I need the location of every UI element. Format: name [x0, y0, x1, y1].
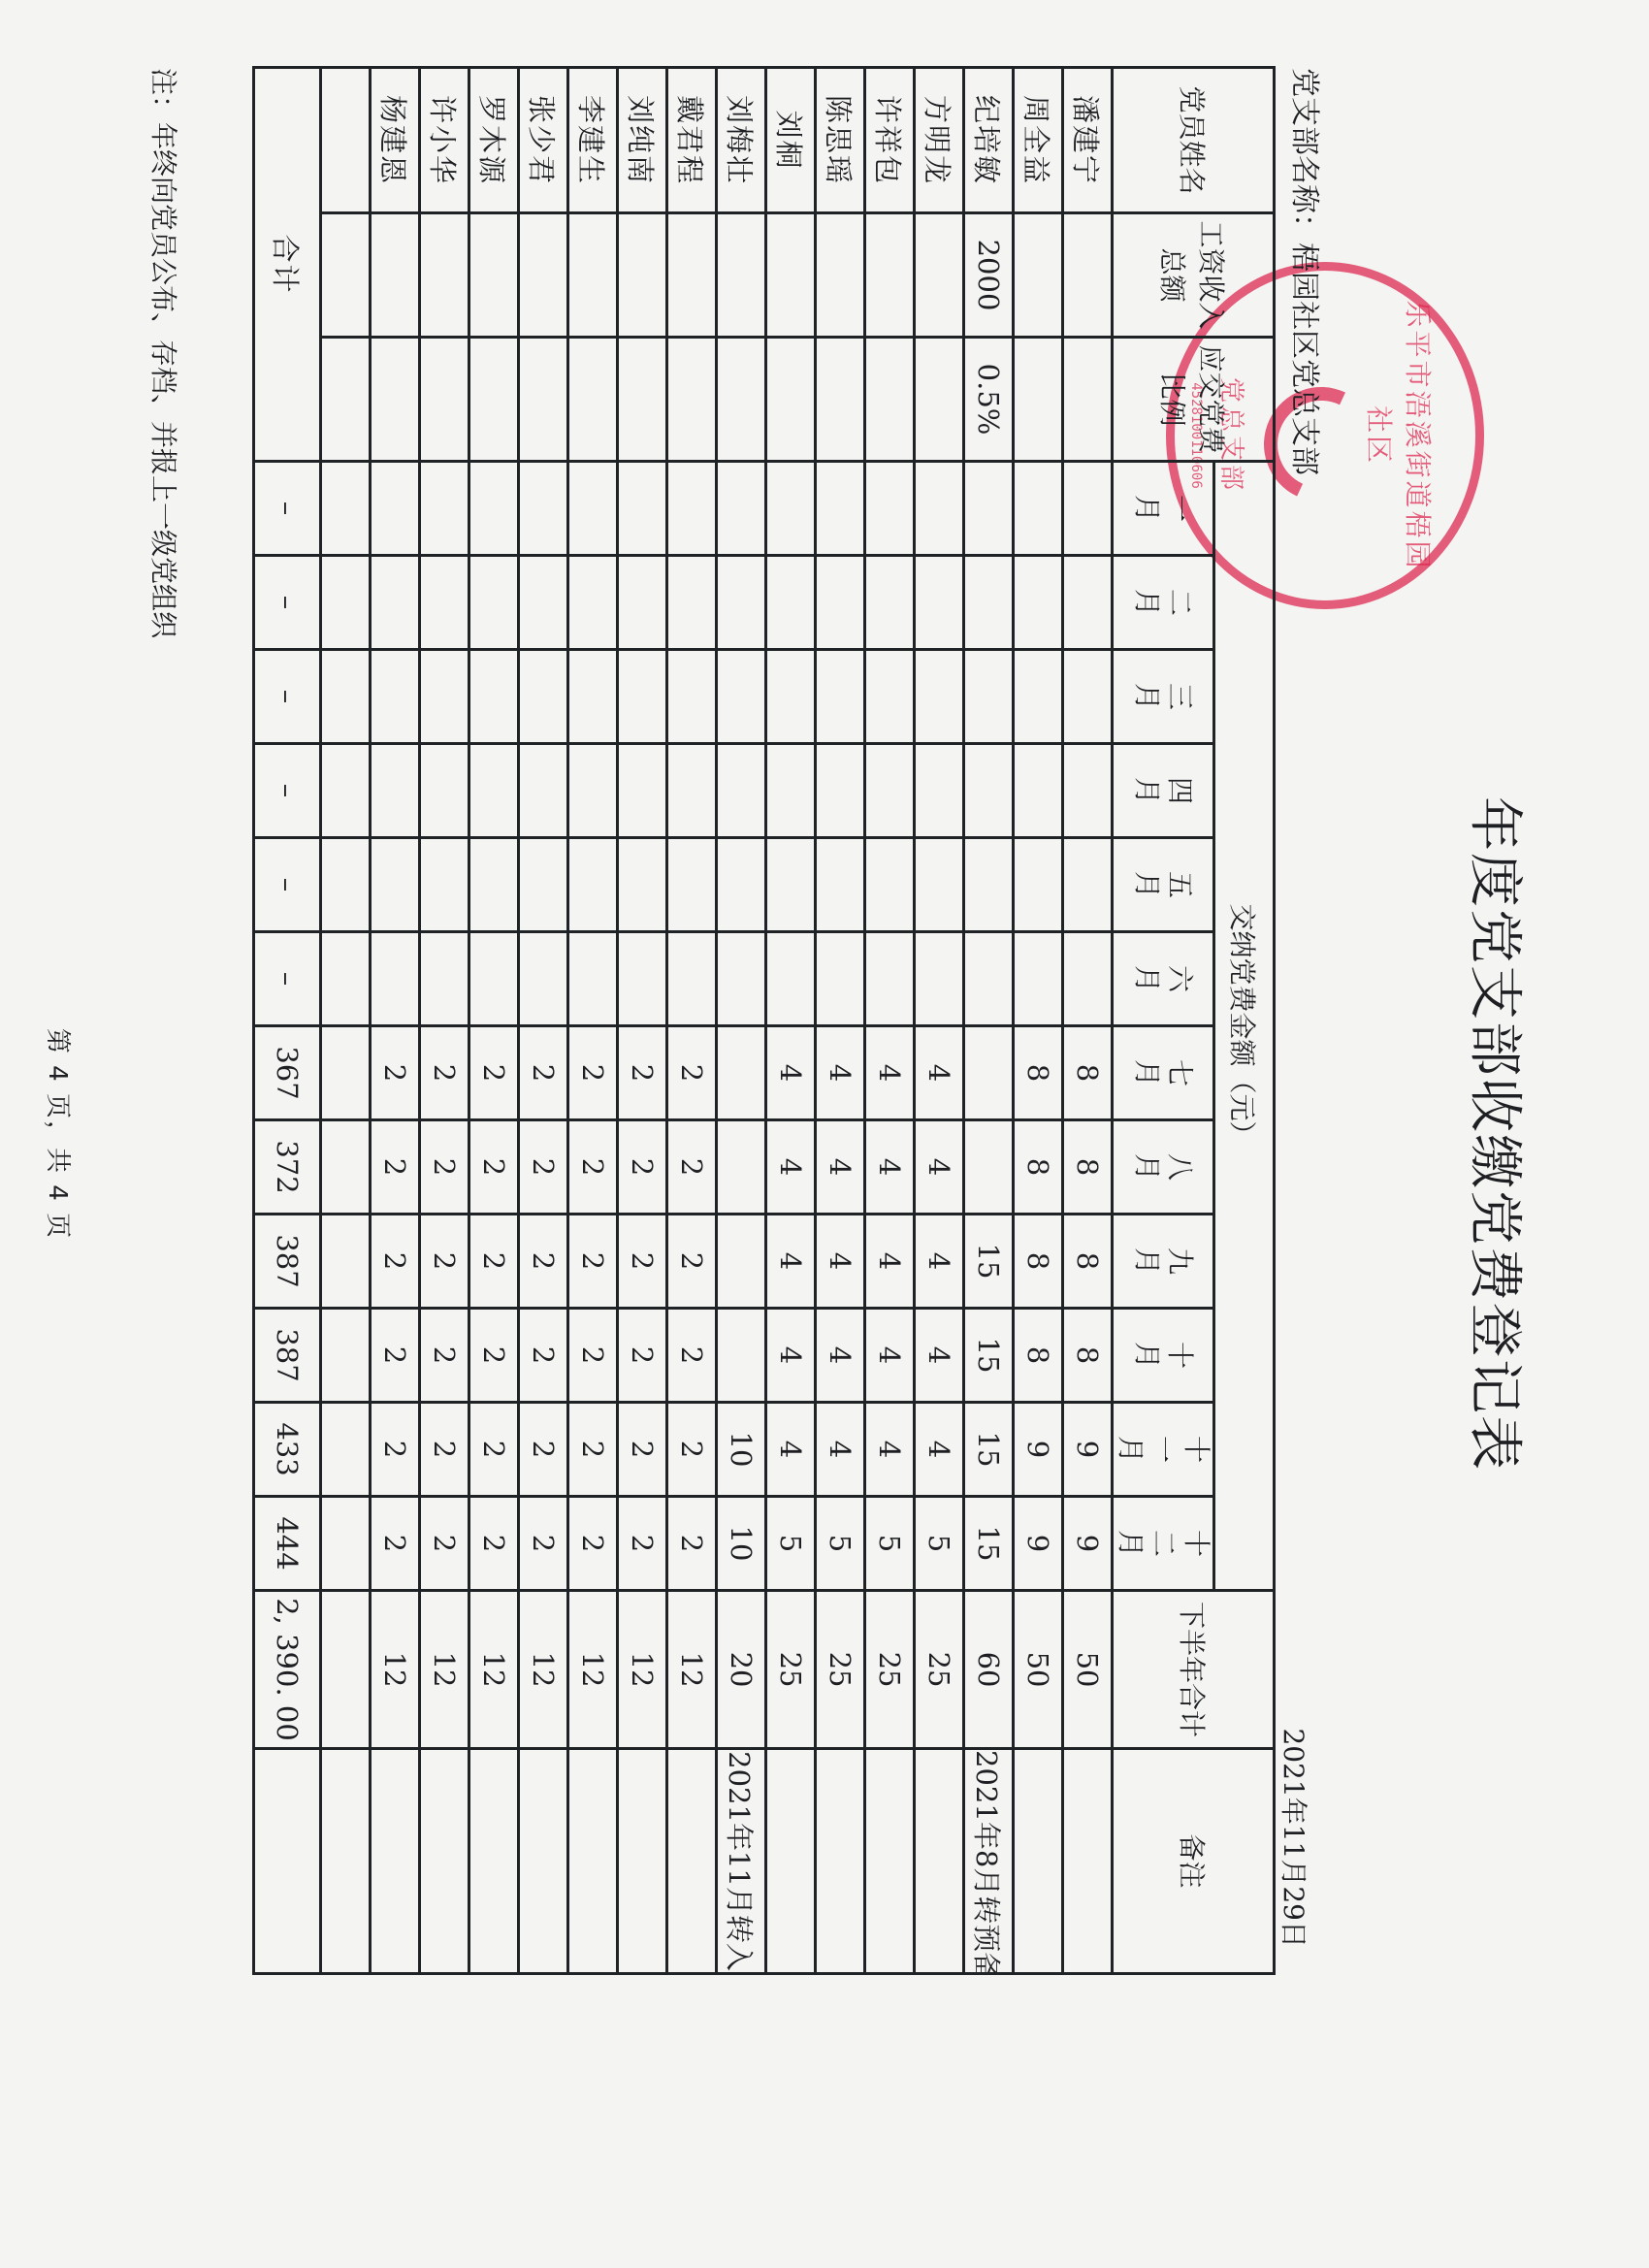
month-amount-cell	[964, 462, 1014, 556]
month-amount-cell: 4	[766, 1120, 816, 1215]
month-amount-cell	[618, 650, 667, 744]
month-amount-cell	[618, 462, 667, 556]
income-cell	[717, 213, 766, 338]
month-amount-cell	[915, 462, 964, 556]
h2-total-cell: 12	[618, 1591, 667, 1749]
month-amount-cell	[1063, 650, 1113, 744]
month-amount-cell	[667, 932, 717, 1026]
month-amount-cell	[321, 1497, 371, 1591]
table-row: 周全益88889950	[1014, 68, 1063, 1974]
month-amount-cell: 4	[816, 1403, 865, 1497]
month-amount-cell	[766, 556, 816, 650]
month-amount-cell: 2	[371, 1026, 420, 1120]
month-amount-cell	[717, 744, 766, 838]
month-amount-cell	[915, 650, 964, 744]
month-amount-cell	[469, 462, 519, 556]
month-amount-cell	[717, 462, 766, 556]
month-amount-cell	[667, 462, 717, 556]
member-name: 许祥包	[865, 68, 915, 213]
month-amount-cell	[1063, 838, 1113, 932]
total-month-cell: 387	[254, 1215, 321, 1309]
month-amount-cell	[667, 650, 717, 744]
header-month-2: 二月	[1113, 556, 1214, 650]
remark-cell	[519, 1749, 568, 1974]
month-amount-cell: 2	[371, 1403, 420, 1497]
h2-total-cell: 12	[568, 1591, 618, 1749]
h2-total-cell: 12	[667, 1591, 717, 1749]
ratio-cell	[1014, 338, 1063, 462]
month-amount-cell	[964, 932, 1014, 1026]
header-month-1: 一月	[1113, 462, 1214, 556]
month-amount-cell: 4	[915, 1120, 964, 1215]
month-amount-cell: 2	[469, 1403, 519, 1497]
ratio-cell	[865, 338, 915, 462]
remark-cell	[420, 1749, 469, 1974]
table-row: 陈思瑶44444525	[816, 68, 865, 1974]
month-amount-cell	[766, 744, 816, 838]
month-amount-cell	[519, 744, 568, 838]
header-month-6: 六月	[1113, 932, 1214, 1026]
month-amount-cell: 2	[420, 1026, 469, 1120]
table-row: 杨建恩22222212	[371, 68, 420, 1974]
month-amount-cell: 4	[816, 1215, 865, 1309]
month-amount-cell	[717, 650, 766, 744]
month-amount-cell	[618, 838, 667, 932]
document-title: 年度党支部收缴党费登记表	[1460, 0, 1537, 2268]
month-amount-cell: 2	[519, 1497, 568, 1591]
month-amount-cell	[618, 744, 667, 838]
total-remark-cell	[254, 1749, 321, 1974]
month-amount-cell	[321, 462, 371, 556]
month-label: 一月	[1130, 485, 1196, 532]
h2-total-cell: 60	[964, 1591, 1014, 1749]
month-amount-cell	[321, 1026, 371, 1120]
month-amount-cell	[371, 556, 420, 650]
ratio-cell	[519, 338, 568, 462]
month-amount-cell: 2	[667, 1403, 717, 1497]
header-month-10: 十月	[1113, 1309, 1214, 1403]
month-amount-cell	[816, 650, 865, 744]
month-amount-cell	[469, 932, 519, 1026]
month-amount-cell	[1063, 556, 1113, 650]
month-amount-cell: 2	[519, 1309, 568, 1403]
month-amount-cell: 4	[766, 1215, 816, 1309]
month-amount-cell: 8	[1063, 1215, 1113, 1309]
month-amount-cell	[420, 462, 469, 556]
month-amount-cell	[816, 932, 865, 1026]
month-amount-cell	[469, 838, 519, 932]
month-label: 二月	[1130, 579, 1196, 626]
remark-cell	[568, 1749, 618, 1974]
month-amount-cell	[964, 1120, 1014, 1215]
month-amount-cell: 15	[964, 1403, 1014, 1497]
month-amount-cell	[469, 556, 519, 650]
month-amount-cell: 2	[618, 1497, 667, 1591]
month-amount-cell: 8	[1063, 1120, 1113, 1215]
member-name: 罗木源	[469, 68, 519, 213]
month-amount-cell	[667, 838, 717, 932]
month-amount-cell	[667, 744, 717, 838]
member-name: 潘建宁	[1063, 68, 1113, 213]
month-amount-cell	[371, 650, 420, 744]
month-label: 七月	[1130, 1050, 1196, 1096]
month-amount-cell: 2	[371, 1309, 420, 1403]
member-name: 刘纯南	[618, 68, 667, 213]
h2-total-cell: 50	[1014, 1591, 1063, 1749]
month-amount-cell	[568, 744, 618, 838]
month-amount-cell: 4	[766, 1309, 816, 1403]
total-month-cell: –	[254, 932, 321, 1026]
table-row: 方明龙44444525	[915, 68, 964, 1974]
month-amount-cell: 2	[618, 1309, 667, 1403]
month-amount-cell	[618, 932, 667, 1026]
branch-name: 梧园社区党总支部	[1287, 243, 1321, 475]
ratio-cell	[915, 338, 964, 462]
dues-ledger-table: 党员姓名 工资收入总额 应交党费比例 交纳党费金额（元） 下半年合计 备注 一月…	[252, 66, 1276, 1975]
income-cell: 2000	[964, 213, 1014, 338]
h2-total-cell: 25	[915, 1591, 964, 1749]
month-amount-cell: 8	[1063, 1026, 1113, 1120]
h2-total-cell	[321, 1591, 371, 1749]
income-cell	[915, 213, 964, 338]
month-amount-cell	[321, 744, 371, 838]
month-amount-cell	[1014, 744, 1063, 838]
month-amount-cell	[321, 1309, 371, 1403]
month-amount-cell: 4	[766, 1026, 816, 1120]
month-amount-cell: 2	[568, 1120, 618, 1215]
header-month-9: 九月	[1113, 1215, 1214, 1309]
table-row: 潘建宁88889950	[1063, 68, 1113, 1974]
month-amount-cell	[321, 1215, 371, 1309]
ratio-cell	[1063, 338, 1113, 462]
member-name: 刘梅壮	[717, 68, 766, 213]
month-amount-cell	[420, 932, 469, 1026]
month-amount-cell	[865, 650, 915, 744]
month-amount-cell: 15	[964, 1497, 1014, 1591]
month-amount-cell: 9	[1063, 1403, 1113, 1497]
month-amount-cell	[420, 650, 469, 744]
month-amount-cell	[717, 1026, 766, 1120]
month-amount-cell	[469, 650, 519, 744]
table-row: 许祥包44444525	[865, 68, 915, 1974]
month-amount-cell	[371, 932, 420, 1026]
remark-cell	[1014, 1749, 1063, 1974]
month-label: 三月	[1130, 673, 1196, 720]
month-label: 五月	[1130, 861, 1196, 908]
month-amount-cell: 2	[667, 1120, 717, 1215]
header-month-11: 十一月	[1113, 1403, 1214, 1497]
month-amount-cell	[1063, 744, 1113, 838]
total-month-cell: 372	[254, 1120, 321, 1215]
total-label: 合计	[254, 68, 321, 462]
month-amount-cell: 2	[420, 1120, 469, 1215]
month-amount-cell	[568, 462, 618, 556]
h2-total-cell: 12	[469, 1591, 519, 1749]
month-label: 八月	[1130, 1144, 1196, 1190]
month-amount-cell	[618, 556, 667, 650]
month-amount-cell: 2	[519, 1403, 568, 1497]
remark-cell	[816, 1749, 865, 1974]
remark-cell	[865, 1749, 915, 1974]
header-month-12: 十二月	[1113, 1497, 1214, 1591]
month-amount-cell	[717, 1215, 766, 1309]
month-amount-cell: 2	[667, 1309, 717, 1403]
table-row	[321, 68, 371, 1974]
month-amount-cell: 2	[667, 1026, 717, 1120]
total-month-cell: –	[254, 838, 321, 932]
month-amount-cell	[568, 838, 618, 932]
ratio-cell	[667, 338, 717, 462]
member-name: 杨建恩	[371, 68, 420, 213]
month-amount-cell: 8	[1014, 1120, 1063, 1215]
remark-cell	[469, 1749, 519, 1974]
month-amount-cell	[519, 462, 568, 556]
total-month-cell: 387	[254, 1309, 321, 1403]
month-amount-cell	[915, 744, 964, 838]
member-name: 张少君	[519, 68, 568, 213]
h2-total-cell: 25	[766, 1591, 816, 1749]
h2-total-cell: 12	[519, 1591, 568, 1749]
h2-total-cell: 12	[371, 1591, 420, 1749]
month-amount-cell: 9	[1014, 1403, 1063, 1497]
month-amount-cell: 4	[865, 1215, 915, 1309]
month-amount-cell: 2	[371, 1215, 420, 1309]
header-name: 党员姓名	[1113, 68, 1275, 213]
branch-name-line: 党支部名称：梧园社区党总支部	[1286, 68, 1329, 475]
ratio-cell	[469, 338, 519, 462]
month-amount-cell: 4	[816, 1120, 865, 1215]
remark-cell	[1063, 1749, 1113, 1974]
remark-cell	[321, 1749, 371, 1974]
header-month-5: 五月	[1113, 838, 1214, 932]
month-amount-cell	[766, 650, 816, 744]
document-date: 2021年11月29日	[1276, 1728, 1314, 1948]
header-month-3: 三月	[1113, 650, 1214, 744]
h2-total-cell: 20	[717, 1591, 766, 1749]
month-amount-cell	[321, 838, 371, 932]
month-amount-cell	[1063, 462, 1113, 556]
month-amount-cell: 4	[865, 1309, 915, 1403]
month-amount-cell: 15	[964, 1215, 1014, 1309]
remark-cell: 2021年8月转预备	[964, 1749, 1014, 1974]
table-row: 罗木源22222212	[469, 68, 519, 1974]
month-amount-cell	[915, 556, 964, 650]
month-amount-cell	[519, 838, 568, 932]
month-amount-cell: 4	[915, 1026, 964, 1120]
remark-cell	[766, 1749, 816, 1974]
remark-cell	[667, 1749, 717, 1974]
total-month-cell: –	[254, 650, 321, 744]
month-amount-cell	[321, 650, 371, 744]
branch-label: 党支部名称：	[1287, 68, 1321, 243]
month-amount-cell	[865, 932, 915, 1026]
table-row: 张少君22222212	[519, 68, 568, 1974]
month-amount-cell: 4	[865, 1026, 915, 1120]
income-cell	[618, 213, 667, 338]
month-amount-cell	[667, 556, 717, 650]
month-amount-cell	[964, 650, 1014, 744]
ratio-cell	[420, 338, 469, 462]
ratio-cell: 0.5%	[964, 338, 1014, 462]
month-amount-cell: 4	[865, 1403, 915, 1497]
member-name: 刘桐	[766, 68, 816, 213]
month-label: 十一月	[1114, 1426, 1212, 1473]
total-row: 合计––––––3673723873874334442, 390. 00	[254, 68, 321, 1974]
month-amount-cell: 2	[519, 1215, 568, 1309]
month-amount-cell: 15	[964, 1309, 1014, 1403]
month-amount-cell	[1014, 932, 1063, 1026]
header-month-8: 八月	[1113, 1120, 1214, 1215]
ratio-cell	[766, 338, 816, 462]
income-cell	[519, 213, 568, 338]
month-amount-cell	[766, 932, 816, 1026]
month-amount-cell	[519, 556, 568, 650]
month-amount-cell: 2	[469, 1309, 519, 1403]
month-amount-cell	[519, 932, 568, 1026]
total-h2-cell: 2, 390. 00	[254, 1591, 321, 1749]
month-amount-cell: 5	[865, 1497, 915, 1591]
month-amount-cell	[420, 744, 469, 838]
month-amount-cell: 4	[816, 1309, 865, 1403]
month-amount-cell: 4	[816, 1026, 865, 1120]
month-amount-cell	[717, 1120, 766, 1215]
header-income: 工资收入总额	[1113, 213, 1275, 338]
table-row: 戴君程22222212	[667, 68, 717, 1974]
month-amount-cell	[964, 1026, 1014, 1120]
page-indicator: 第 4 页，共 4 页	[42, 0, 78, 2268]
month-amount-cell: 5	[915, 1497, 964, 1591]
total-month-cell: –	[254, 556, 321, 650]
month-amount-cell	[816, 838, 865, 932]
month-amount-cell: 4	[915, 1403, 964, 1497]
month-amount-cell: 4	[865, 1120, 915, 1215]
h2-total-cell: 50	[1063, 1591, 1113, 1749]
month-amount-cell	[469, 744, 519, 838]
ratio-cell	[568, 338, 618, 462]
ratio-cell	[321, 338, 371, 462]
member-name: 许小华	[420, 68, 469, 213]
income-cell	[469, 213, 519, 338]
month-amount-cell	[568, 556, 618, 650]
income-cell	[1014, 213, 1063, 338]
ratio-cell	[717, 338, 766, 462]
ratio-cell	[371, 338, 420, 462]
month-amount-cell	[519, 650, 568, 744]
header-ratio: 应交党费比例	[1113, 338, 1275, 462]
income-cell	[321, 213, 371, 338]
ratio-cell	[816, 338, 865, 462]
month-amount-cell	[1014, 462, 1063, 556]
total-month-cell: –	[254, 462, 321, 556]
month-amount-cell	[766, 462, 816, 556]
member-name: 周全益	[1014, 68, 1063, 213]
member-name: 纪培敏	[964, 68, 1014, 213]
month-amount-cell	[717, 838, 766, 932]
month-amount-cell: 2	[568, 1403, 618, 1497]
income-cell	[568, 213, 618, 338]
month-amount-cell: 5	[816, 1497, 865, 1591]
month-amount-cell: 2	[568, 1309, 618, 1403]
month-amount-cell	[568, 650, 618, 744]
month-label: 十月	[1130, 1332, 1196, 1378]
total-month-cell: 444	[254, 1497, 321, 1591]
month-amount-cell: 2	[469, 1026, 519, 1120]
total-month-cell: –	[254, 744, 321, 838]
month-amount-cell: 2	[420, 1497, 469, 1591]
month-amount-cell: 2	[469, 1215, 519, 1309]
remark-cell	[915, 1749, 964, 1974]
month-amount-cell: 2	[568, 1497, 618, 1591]
header-month-7: 七月	[1113, 1026, 1214, 1120]
month-amount-cell	[420, 838, 469, 932]
income-cell	[816, 213, 865, 338]
table-row: 刘纯南22222212	[618, 68, 667, 1974]
h2-total-cell: 12	[420, 1591, 469, 1749]
month-label: 九月	[1130, 1238, 1196, 1284]
month-amount-cell: 5	[766, 1497, 816, 1591]
income-cell	[667, 213, 717, 338]
month-amount-cell	[1014, 838, 1063, 932]
month-amount-cell	[1014, 556, 1063, 650]
month-amount-cell: 9	[1063, 1497, 1113, 1591]
month-amount-cell	[964, 744, 1014, 838]
month-amount-cell: 2	[469, 1120, 519, 1215]
table-row: 纪培敏20000.5%15151515602021年8月转预备	[964, 68, 1014, 1974]
month-amount-cell: 8	[1014, 1215, 1063, 1309]
month-amount-cell: 2	[618, 1215, 667, 1309]
month-amount-cell	[915, 932, 964, 1026]
h2-total-cell: 25	[816, 1591, 865, 1749]
income-cell	[865, 213, 915, 338]
month-amount-cell	[371, 838, 420, 932]
h2-total-cell: 25	[865, 1591, 915, 1749]
month-label: 四月	[1130, 767, 1196, 814]
month-amount-cell	[568, 932, 618, 1026]
table-row: 刘桐44444525	[766, 68, 816, 1974]
header-remark: 备注	[1113, 1749, 1275, 1974]
month-amount-cell: 2	[469, 1497, 519, 1591]
document-page: 年度党支部收缴党费登记表 乐平市浯溪街道梧园社区 党总支部 4528100110…	[0, 0, 1649, 2268]
month-amount-cell	[816, 744, 865, 838]
month-amount-cell: 2	[568, 1026, 618, 1120]
month-amount-cell	[915, 838, 964, 932]
month-amount-cell	[717, 932, 766, 1026]
month-amount-cell: 8	[1014, 1309, 1063, 1403]
remark-cell: 2021年11月转入	[717, 1749, 766, 1974]
footnote: 注：年终向党员公布、存档、并报上一级党组织	[145, 68, 184, 638]
income-cell	[371, 213, 420, 338]
total-month-cell: 367	[254, 1026, 321, 1120]
month-amount-cell	[1063, 932, 1113, 1026]
income-cell	[420, 213, 469, 338]
member-name: 陈思瑶	[816, 68, 865, 213]
scanned-page: 年度党支部收缴党费登记表 乐平市浯溪街道梧园社区 党总支部 4528100110…	[0, 0, 1649, 2268]
table-row: 刘梅壮1010202021年11月转入	[717, 68, 766, 1974]
month-amount-cell: 2	[618, 1120, 667, 1215]
month-amount-cell	[964, 838, 1014, 932]
month-amount-cell	[816, 462, 865, 556]
month-amount-cell	[717, 556, 766, 650]
header-h2-total: 下半年合计	[1113, 1591, 1275, 1749]
header-month-4: 四月	[1113, 744, 1214, 838]
month-amount-cell: 10	[717, 1403, 766, 1497]
month-amount-cell	[321, 1403, 371, 1497]
remark-cell	[371, 1749, 420, 1974]
month-amount-cell: 2	[420, 1403, 469, 1497]
month-amount-cell	[766, 838, 816, 932]
month-amount-cell	[816, 556, 865, 650]
month-amount-cell: 2	[519, 1026, 568, 1120]
